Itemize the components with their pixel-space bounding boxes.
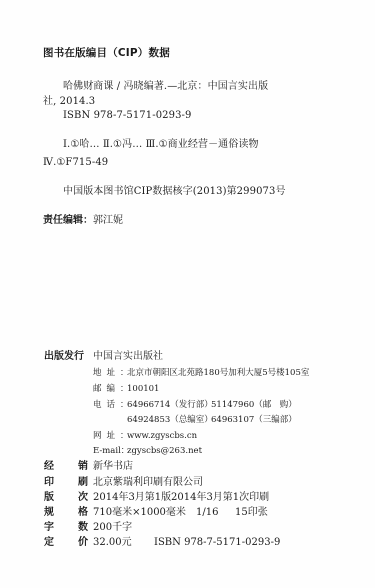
format-label: 规格 — [44, 508, 88, 518]
phone-number: 64924853 — [127, 415, 170, 425]
phone-number: 51147960 — [211, 400, 254, 410]
email-label: E-mail： — [93, 447, 129, 456]
catalog-line-1: 哈佛财商课 / 冯晓编著.—北京：中国言实出版 — [63, 82, 268, 92]
label-char: 定 — [44, 538, 54, 548]
phone-dept: （总编室） — [170, 415, 213, 425]
format-sheets: 15印张 — [235, 508, 268, 518]
phone-number: 64966714 — [127, 400, 170, 410]
isbn-line: ISBN 978-7-5171-0293-9 — [63, 111, 192, 121]
label-char: 字 — [44, 523, 54, 533]
cip-record-number: 中国版本图书馆CIP数据核字(2013)第299073号 — [63, 187, 286, 197]
editor-label: 责任编辑： — [43, 215, 93, 226]
price-label: 定价 — [44, 538, 88, 548]
phone-dept: （发行部） — [170, 400, 213, 410]
word-count-value: 200千字 — [93, 523, 132, 533]
label-char: 刷 — [78, 478, 88, 488]
distributor-label: 经销 — [44, 462, 88, 472]
phone-dept: （邮 购） — [254, 400, 297, 410]
subject-line-2: Ⅳ.①F715-49 — [43, 158, 108, 168]
format-fold: 1/16 — [196, 508, 218, 518]
phone-third-dept: 64963107（三编部） — [211, 416, 297, 425]
catalog-line-2: 社, 2014.3 — [43, 97, 95, 107]
website-value[interactable]: www.zgyscbs.cn — [127, 432, 197, 441]
label-char: 经 — [44, 462, 54, 472]
edition-label: 版次 — [44, 493, 88, 503]
phone-editorial: 64924853（总编室） — [127, 416, 213, 425]
printer-label: 印刷 — [44, 478, 88, 488]
copyright-page: 图书在版编目（CIP）数据 哈佛财商课 / 冯晓编著.—北京：中国言实出版 社,… — [0, 0, 375, 588]
postcode-value: 100101 — [127, 385, 159, 394]
label-char: 规 — [44, 508, 54, 518]
publisher-label: 出版发行 — [44, 352, 84, 362]
editor-name: 郭江妮 — [93, 215, 123, 226]
distributor-value: 新华书店 — [93, 462, 133, 472]
phone-dept: （三编部） — [254, 415, 297, 425]
label-char: 版 — [44, 493, 54, 503]
word-count-label: 字数 — [44, 523, 88, 533]
printer-value: 北京紫瑞利印刷有限公司 — [93, 478, 203, 488]
label-char: 印 — [44, 478, 54, 488]
price-isbn: ISBN 978-7-5171-0293-9 — [154, 538, 280, 548]
label-char: 销 — [78, 462, 88, 472]
publisher-name: 中国言实出版社 — [93, 352, 163, 362]
responsible-editor: 责任编辑：郭江妮 — [43, 216, 123, 226]
label-char: 数 — [78, 523, 88, 533]
address-value: 北京市朝阳区北苑路180号加利大厦5号楼105室 — [127, 369, 309, 378]
subject-line-1: Ⅰ.①哈… Ⅱ.①冯… Ⅲ.①商业经营－通俗读物 — [63, 140, 259, 150]
cip-title: 图书在版编目（CIP）数据 — [43, 48, 170, 59]
printing-value: 2014年3月第1次印刷 — [171, 493, 269, 503]
label-char: 格 — [78, 508, 88, 518]
phone-mail-order: 51147960（邮 购） — [211, 401, 297, 410]
label-char: 价 — [78, 538, 88, 548]
phone-number: 64963107 — [211, 415, 254, 425]
label-char: 次 — [78, 493, 88, 503]
price-value: 32.00元 — [93, 538, 132, 548]
edition-value: 2014年3月第1版 — [93, 493, 171, 503]
email-value[interactable]: zgyscbs@263.net — [127, 447, 202, 456]
format-value: 710毫米×1000毫米 — [93, 508, 186, 518]
phone-sales: 64966714（发行部） — [127, 401, 213, 410]
